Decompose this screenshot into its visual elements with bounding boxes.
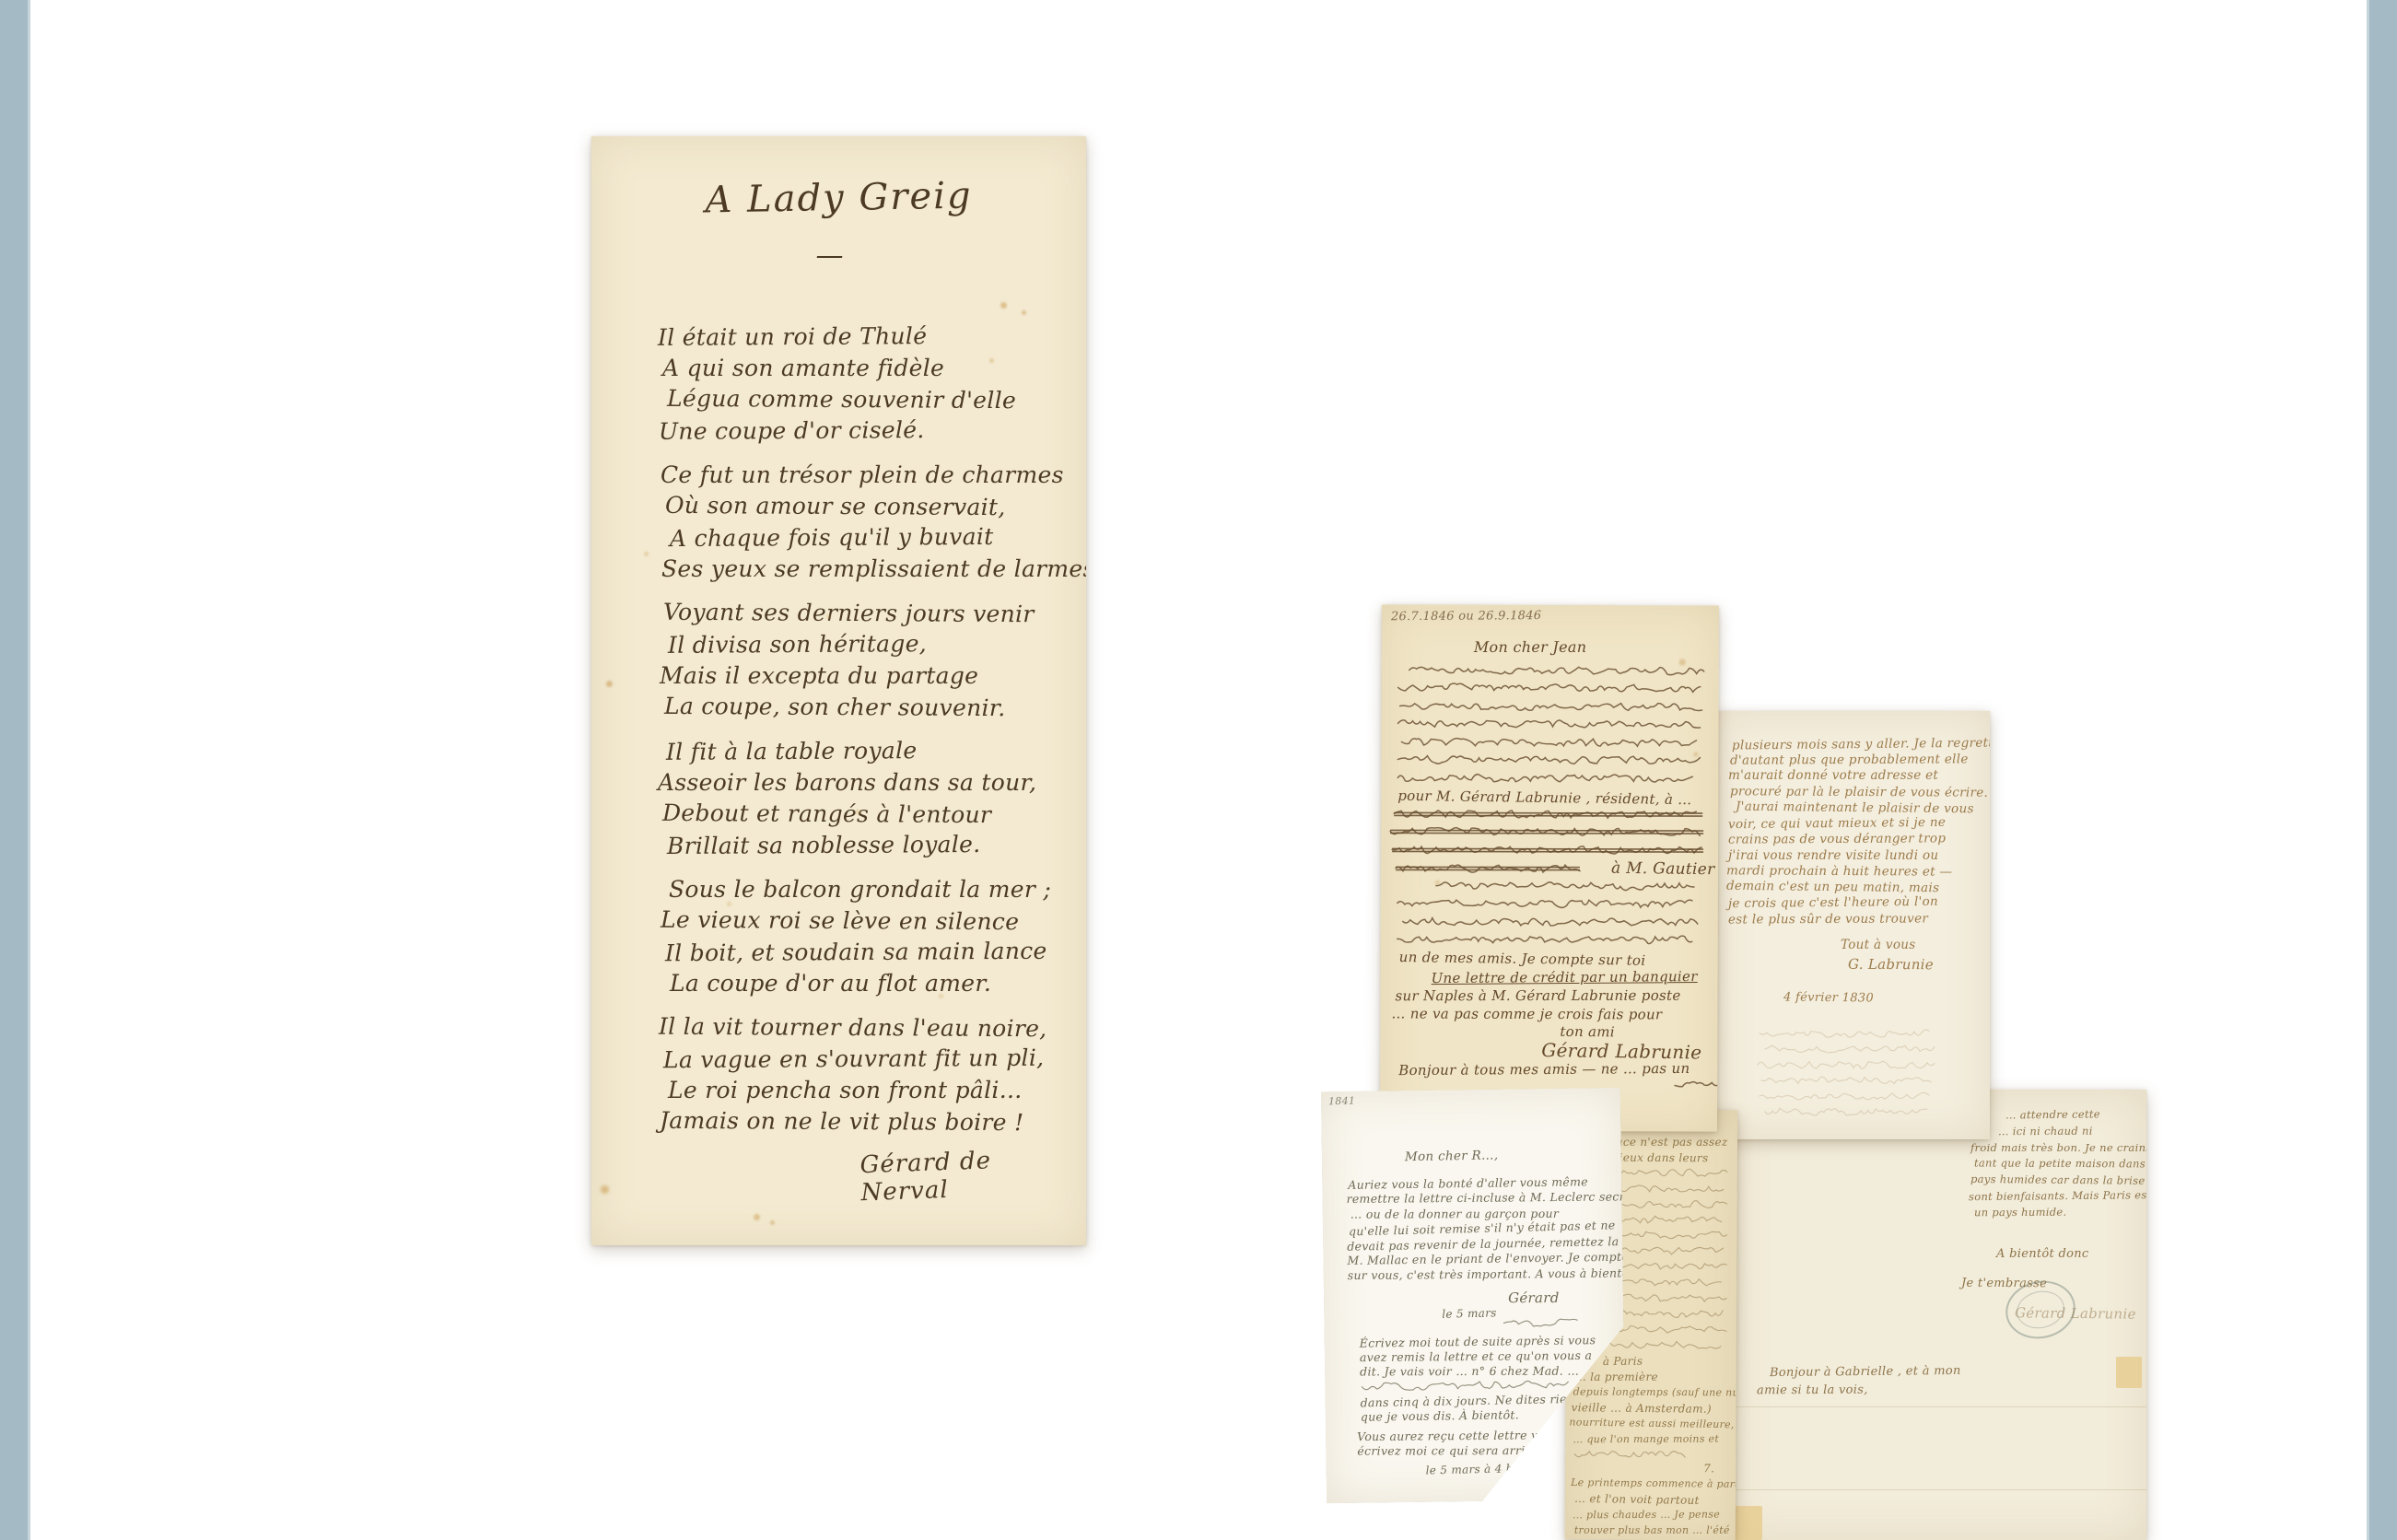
script-line: Bonjour à tous mes amis — ne … pas un	[1398, 1062, 1690, 1078]
poem-line: Il la vit tourner dans l'eau noire,	[659, 1015, 1047, 1041]
scrawl-line	[1436, 879, 1694, 894]
script-line: sur vous, c'est très important. A vous à…	[1348, 1267, 1626, 1281]
script-line: 1841	[1328, 1096, 1355, 1107]
script-line: crains pas de vous déranger trop	[1728, 833, 1946, 846]
script-line: … ici ni chaud ni	[1998, 1126, 2093, 1137]
scrawl-line	[1409, 662, 1704, 678]
poem-line: La vague en s'ouvrant fit un pli,	[663, 1046, 1044, 1072]
script-line: m'aurait donné votre adresse et	[1728, 770, 1938, 783]
poem-line: Ses yeux se remplissaient de larmes !	[661, 557, 1086, 580]
script-line: Auriez vous la bonté d'aller vous même	[1348, 1176, 1588, 1191]
script-line: plusieurs mois sans y aller. Je la regre…	[1732, 737, 1990, 752]
script-line: que je vous dis. À bientôt.	[1361, 1409, 1519, 1423]
scrawl-line	[1394, 806, 1702, 822]
script-line: Écrivez moi tout de suite après si vous	[1360, 1335, 1596, 1349]
scrawl-line	[1390, 823, 1703, 839]
scrawl-line	[1765, 1042, 1935, 1056]
script-line: … ne va pas comme je crois fais pour	[1391, 1007, 1662, 1021]
scrawl-line	[1760, 1089, 1930, 1103]
poem-manuscript: A Lady Greig — Il était un roi de ThuléA…	[591, 136, 1086, 1245]
scrawl-line	[1400, 698, 1704, 714]
script-line: pays humides car dans la brise elle	[1970, 1174, 2146, 1187]
poem-line: Il boit, et soudain sa main lance	[665, 939, 1047, 965]
scrawl-line	[1398, 716, 1701, 731]
script-line: voir, ce qui vaut mieux et si je ne	[1728, 817, 1946, 832]
scrawl-line	[1397, 770, 1698, 786]
script-line: le 5 mars à 4 h. du soir.	[1426, 1462, 1565, 1476]
poem-line: Légua comme souvenir d'elle	[667, 387, 1016, 412]
poem-line: Voyant ses derniers jours venir	[663, 601, 1035, 625]
scrawl-line	[1396, 860, 1580, 876]
scrawl-line	[1503, 1314, 1582, 1330]
scrawl-line	[1397, 931, 1697, 947]
poem-line: Où son amour se conservait,	[665, 494, 1006, 519]
tape-patch	[2116, 1357, 2142, 1388]
foxing-spots	[591, 136, 594, 139]
script-line: d'autant plus que probablement elle	[1730, 753, 1969, 767]
script-line: demain c'est un peu matin, mais	[1726, 881, 1939, 895]
script-line: vieille … à Amsterdam.)	[1571, 1402, 1712, 1415]
scrawl-line	[1760, 1026, 1935, 1041]
poem-line: Brillait sa noblesse loyale.	[667, 833, 981, 857]
script-line: 26.7.1846 ou 26.9.1846	[1391, 610, 1541, 623]
script-line: amie si tu la vois,	[1757, 1384, 1868, 1397]
right-margin-bar	[2367, 0, 2397, 1540]
script-line: Gérard Labrunie	[1541, 1041, 1701, 1061]
script-line: Je t'embrasse	[1961, 1277, 2047, 1289]
script-line: … ou de la donner au garçon pour	[1351, 1208, 1559, 1220]
script-line: ton ami	[1560, 1025, 1615, 1040]
scrawl-line	[1765, 1104, 1931, 1119]
script-line: … attendre cette	[2005, 1109, 2100, 1121]
script-line: Mon cher R…,	[1405, 1149, 1499, 1163]
draft-letter-manuscript: 26.7.1846 ou 26.9.1846Mon cher Jeanpour …	[1380, 604, 1719, 1131]
fold-crease	[1729, 1406, 2146, 1407]
scrawl-line	[1397, 895, 1697, 911]
poem-line: A chaque fois qu'il y buvait	[670, 525, 994, 550]
script-line: un pays humide.	[1974, 1207, 2067, 1219]
scrawl-line	[1392, 842, 1703, 857]
script-line: le 5 mars	[1442, 1307, 1497, 1319]
poem-line: La coupe d'or au flot amer.	[670, 972, 991, 995]
script-line: … et l'on voit partout	[1574, 1493, 1700, 1506]
script-line: procuré par là le plaisir de vous écrire…	[1730, 786, 1988, 799]
script-line: est le plus sûr de vous trouver	[1728, 913, 1928, 927]
script-line: écrivez moi ce qui sera arrivé !	[1357, 1445, 1548, 1457]
visit-letter-manuscript: plusieurs mois sans y aller. Je la regre…	[1713, 711, 1990, 1139]
fold-crease	[1729, 1489, 2146, 1490]
script-line: sont bienfaisants. Mais Paris est aussi	[1969, 1190, 2146, 1203]
script-line: sur Naples à M. Gérard Labrunie poste	[1396, 989, 1681, 1004]
scrawl-line	[1398, 680, 1704, 695]
script-line: … la première	[1575, 1371, 1658, 1382]
script-line: A bientôt donc	[1996, 1248, 2088, 1260]
script-line: Gérard	[1508, 1291, 1560, 1305]
script-line: nourriture est aussi meilleure, dans	[1569, 1417, 1737, 1429]
title-divider: —	[591, 239, 1068, 272]
scrawl-line	[1397, 752, 1701, 767]
farewell-letter-manuscript: … attendre cette… ici ni chaud nifroid m…	[1729, 1090, 2146, 1540]
script-line: Tout à vous	[1841, 939, 1916, 952]
script-line: … que l'on mange moins et	[1573, 1434, 1719, 1445]
scrawl-line	[1675, 1078, 1719, 1092]
left-margin-bar	[0, 0, 30, 1540]
poem-line: Mais il excepta du partage	[660, 664, 978, 687]
script-line: 4 février 1830	[1783, 991, 1874, 1004]
poem-line: Il divisa son héritage,	[668, 632, 927, 657]
script-line: Le printemps commence à paraître	[1571, 1477, 1737, 1489]
script-line: j'irai vous rendre visite lundi ou	[1728, 850, 1938, 863]
poem-line: Asseoir les barons dans sa tour,	[658, 771, 1036, 794]
script-line: J'aurai maintenant le plaisir de vous	[1736, 801, 1974, 816]
poem-signature: Gérard de Nerval	[859, 1144, 1086, 1207]
script-line: à Paris	[1603, 1356, 1643, 1367]
script-line: Gérard Labrunie	[2015, 1306, 2136, 1321]
poem-line: Ce fut un trésor plein de charmes	[661, 463, 1064, 486]
auction-catalog-photo: A Lady Greig — Il était un roi de ThuléA…	[0, 0, 2397, 1540]
poem-line: Le roi pencha son front pâli...	[668, 1079, 1022, 1102]
foxing-spots	[1382, 604, 1385, 607]
scrawl-line	[1761, 1073, 1935, 1088]
scrawl-line	[1758, 1057, 1935, 1072]
script-line: Bonjour à Gabrielle , et à mon	[1770, 1365, 1961, 1379]
poem-title: A Lady Greig	[628, 173, 1050, 223]
poem-line: Le vieux roi se lève en silence	[661, 908, 1019, 933]
script-line: mardi prochain à huit heures et —	[1726, 865, 1952, 879]
script-line: froid mais très bon. Je ne crains rien	[1970, 1143, 2146, 1154]
poem-line: A qui son amante fidèle	[662, 356, 944, 379]
script-line: Mon cher Jean	[1474, 640, 1587, 655]
script-line: trouver plus bas mon … l'été	[1574, 1525, 1730, 1535]
poem-line: Il fit à la table royale	[666, 739, 918, 764]
poem-line: Jamais on ne le vit plus boire !	[660, 1109, 1024, 1134]
script-line: Vous aurez reçu cette lettre vers midi	[1357, 1429, 1587, 1443]
script-line: à M. Gautier	[1611, 861, 1715, 879]
script-line: pour M. Gérard Labrunie , résident, à …	[1397, 789, 1691, 807]
scrawl-line	[1574, 1447, 1685, 1463]
script-line: avez remis la lettre et ce qu'on vous a	[1360, 1350, 1592, 1364]
poem-line: Sous le balcon grondait la mer ;	[669, 878, 1051, 901]
script-line: un de mes amis. Je compte sur toi	[1399, 951, 1646, 968]
scrawl-line	[1401, 734, 1701, 750]
poem-line: Il était un roi de Thulé	[658, 324, 927, 349]
poem-line: Une coupe d'or ciselé.	[659, 418, 925, 443]
script-line: … plus chaudes … Je pense	[1573, 1510, 1720, 1521]
script-line: G. Labrunie	[1848, 958, 1934, 972]
script-line: 7.	[1703, 1463, 1714, 1474]
script-line: tant que la petite maison dans le	[1974, 1158, 2146, 1170]
script-line: depuis longtemps (sauf une nuit	[1573, 1387, 1738, 1398]
script-line: M. Mallac en le priant de l'envoyer. Je …	[1347, 1252, 1626, 1267]
script-line: remettre la lettre ci-incluse à M. Lecle…	[1346, 1191, 1626, 1205]
poem-line: La coupe, son cher souvenir.	[664, 694, 1006, 719]
script-line: je crois que c'est l'heure où l'on	[1728, 896, 1938, 911]
poem-line: Debout et rangés à l'entour	[662, 801, 991, 826]
script-line: Une lettre de crédit par un banquier	[1432, 970, 1698, 986]
scrawl-line	[1403, 914, 1698, 929]
